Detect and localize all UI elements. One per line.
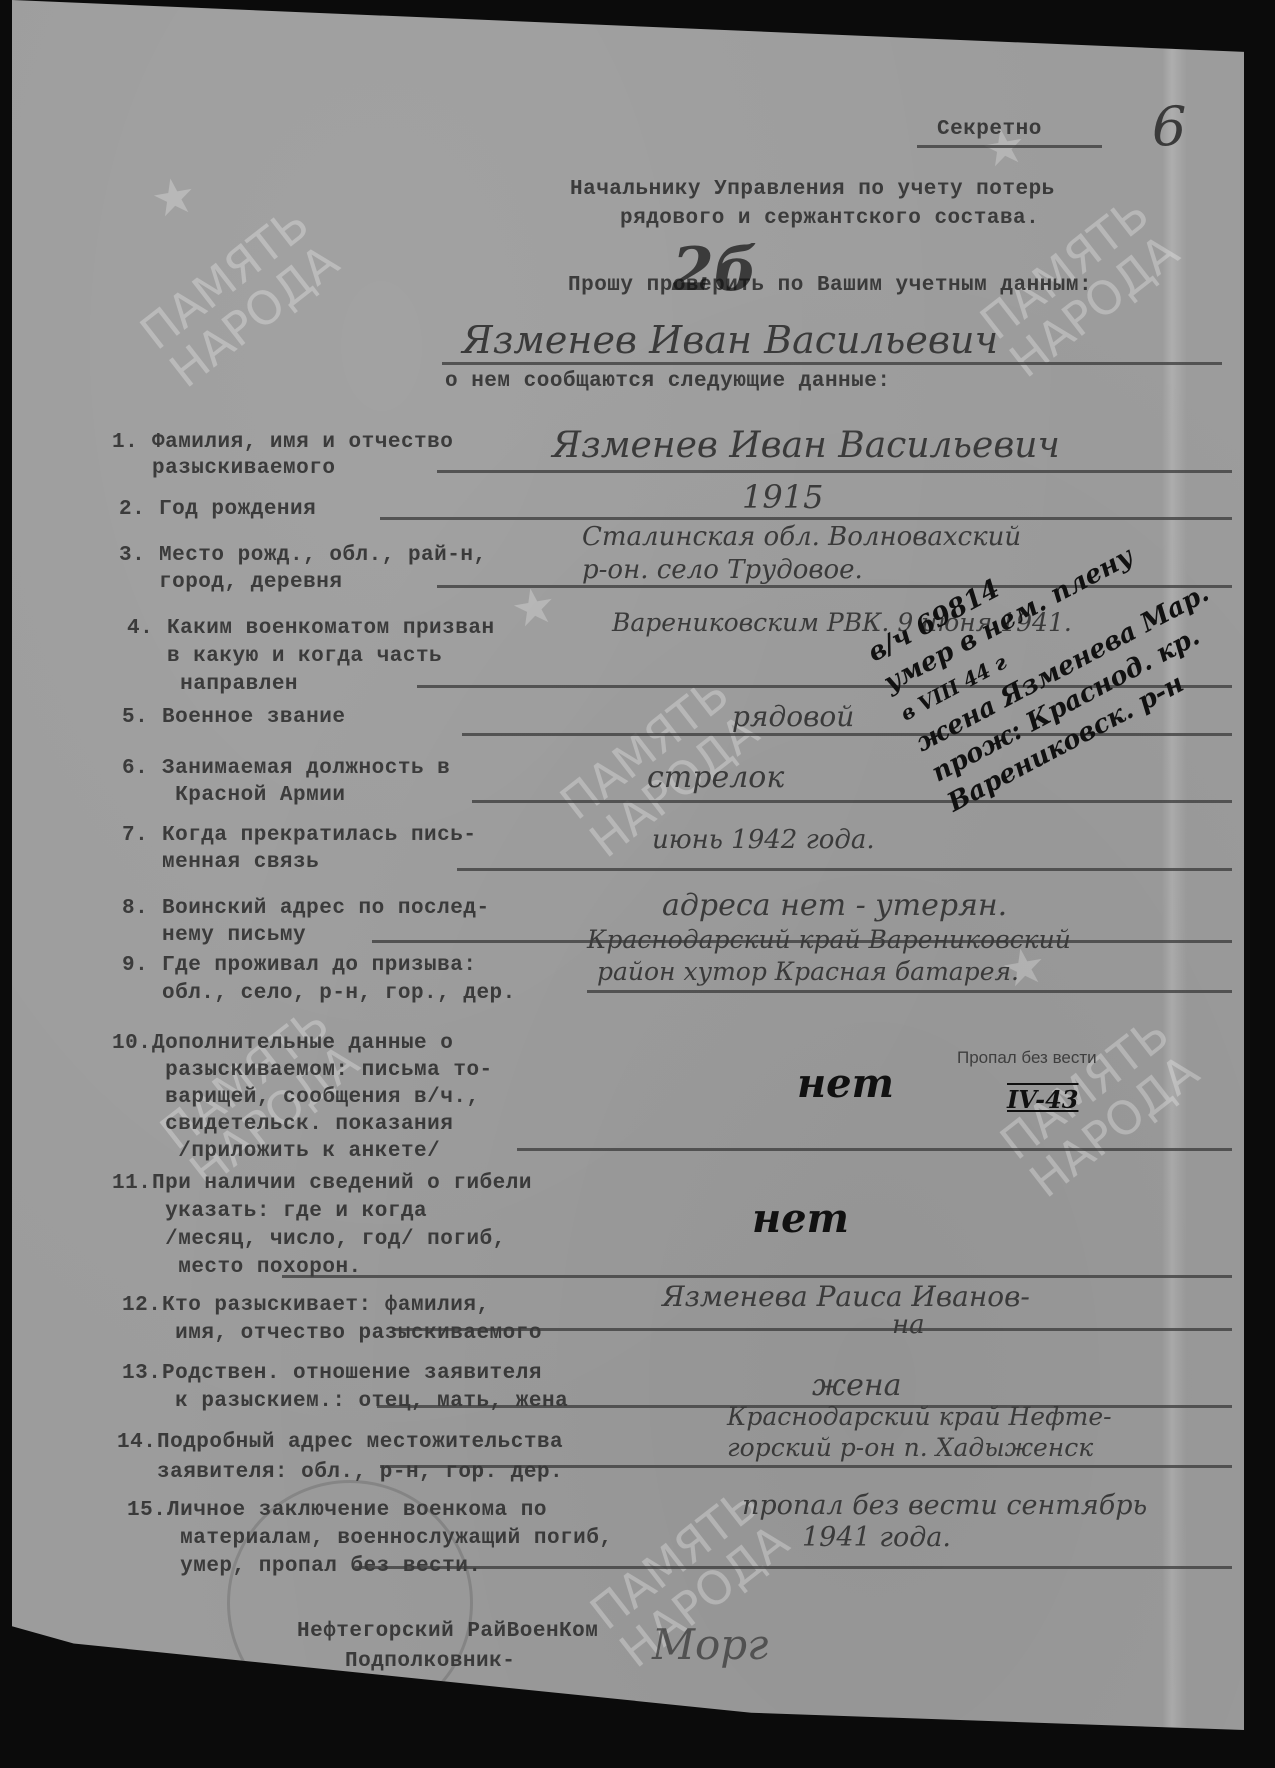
star-watermark-icon: ★ [145,147,202,240]
star-watermark-icon: ★ [505,557,562,650]
signatory-line-2: Подполковник- [345,1650,515,1673]
field-10-rule [517,1148,1232,1151]
field-1-label: 1.Фамилия, имя и отчество разыскиваемого [112,430,453,482]
field-6-label: 6.Занимаемая должность в Красной Армии [122,755,450,809]
official-seal [227,1480,473,1726]
field-12-rule [392,1328,1232,1331]
field-11-label: 11.При наличии сведений о гибели указать… [112,1170,532,1282]
field-7-label: 7.Когда прекратилась пись- менная связь [122,822,476,876]
field-2-label: 2.Год рождения [119,498,316,521]
star-watermark-icon: ★ [975,97,1032,190]
subject-name-rule [442,362,1222,365]
field-8-value: адреса нет - утерян. [662,888,1007,923]
field-3-value-line-2: р-он. село Трудовое. [582,555,863,585]
field-14-value-line-2: горский р-он п. Хадыженск [727,1433,1093,1462]
classification-label: Секретно [937,118,1042,141]
field-12-value-line-2: на [892,1310,925,1340]
field-12-value-line-1: Язменева Раиса Иванов- [662,1280,1030,1313]
field-6-value: стрелок [647,760,784,795]
field-14-rule [380,1465,1232,1468]
field-1-value: Язменев Иван Васильевич [552,425,1060,466]
field-3-label: 3.Место рожд., обл., рай-н, город, дерев… [119,542,487,596]
field-9-value-line-2: район хутор Красная батарея. [597,957,1019,986]
field-12-label: 12.Кто разыскивает: фамилия, имя, отчест… [122,1292,542,1348]
stamp-date: IV-43 [1007,1085,1078,1114]
document-page: ★ ПАМЯТЬНАРОДА ★ ПАМЯТЬНАРОДА ★ ПАМЯТЬНА… [12,0,1244,1730]
signature: Морг [652,1620,768,1669]
field-15-rule [355,1566,1232,1569]
field-5-label: 5.Военное звание [122,706,345,729]
field-6-rule [472,800,1232,803]
field-10-value: нет [797,1060,894,1107]
field-9-value-line-1: Краснодарский край Варениковский [587,925,1071,954]
missing-stamp: Пропал без вести [957,1048,1097,1068]
signatory-line-1: Нефтегорский РайВоенКом [297,1620,598,1643]
field-15-value-line-1: пропал без вести сентябрь [742,1490,1147,1521]
field-9-label: 9.Где проживал до призыва: обл., село, р… [122,952,516,1008]
handwritten-mark: 2б [672,235,757,305]
addressee-line-1: Начальнику Управления по учету потерь [570,178,1055,201]
field-11-value: нет [752,1195,849,1242]
field-13-value: жена [812,1368,902,1403]
page-number: 6 [1152,95,1186,158]
field-7-rule [457,868,1232,871]
request-text: Прошу проверить по Вашим учетным данным: [568,274,1092,297]
addressee-line-2: рядового и сержантского состава. [620,207,1039,230]
field-9-rule [587,990,1232,993]
field-14-value-line-1: Краснодарский край Нефте- [727,1402,1112,1431]
bottom-mark: Ш [412,1720,422,1738]
field-2-value: 1915 [742,478,823,516]
subject-name: Язменев Иван Васильевич [462,318,998,362]
field-3-value-line-1: Сталинская обл. Волновахский [582,522,1021,552]
intro-text: о нем сообщаются следующие данные: [445,370,890,393]
field-10-label: 10.Дополнительные данные о разыскиваемом… [112,1030,493,1165]
classification-underline [917,145,1102,148]
field-5-value: рядовой [732,700,854,733]
field-14-label: 14.Подробный адрес местожительства заяви… [117,1428,563,1488]
field-11-rule [282,1275,1232,1278]
field-1-rule [437,470,1232,473]
field-7-value: июнь 1942 года. [652,825,875,855]
field-15-value-line-2: 1941 года. [802,1522,951,1553]
